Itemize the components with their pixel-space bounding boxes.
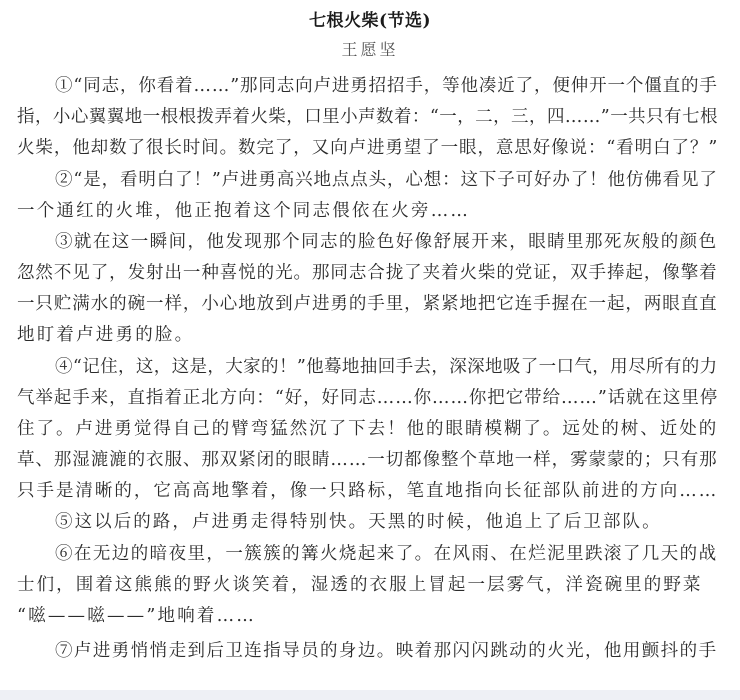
text-line: 只手是清晰的，它高高地擎着，像一只路标，笔直地指向长征部队前进的方向…… — [17, 480, 722, 502]
text-line: ⑦卢进勇悄悄走到后卫连指导员的身边。映着那闪闪跳动的火光，他用颤抖的手 — [55, 640, 722, 662]
bottom-edge-strip — [0, 690, 740, 700]
text-line: 火柴，他却数了很长时间。数完了，又向卢进勇望了一眼，意思好像说：“看明白了？” — [17, 137, 722, 159]
text-line: 指，小心翼翼地一根根拨弄着火柴，口里小声数着：“一，二，三，四……”一共只有七根 — [17, 106, 722, 128]
text-line: “嗞——嗞——”地响着…… — [17, 605, 722, 627]
text-line: ①“同志，你看着……”那同志向卢进勇招招手，等他凑近了，便伸开一个僵直的手 — [55, 75, 722, 97]
text-line: 住了。卢进勇觉得自己的臂弯猛然沉了下去！他的眼睛模糊了。远处的树、近处的 — [17, 418, 722, 440]
text-line: 气举起手来，直指着正北方向：“好，好同志……你……你把它带给……”话就在这里停 — [17, 387, 722, 409]
text-line: 一个通红的火堆，他正抱着这个同志偎依在火旁…… — [17, 200, 722, 222]
text-line: 士们，围着这熊熊的野火谈笑着，湿透的衣服上冒起一层雾气，洋瓷碗里的野菜 — [17, 574, 722, 596]
text-line: ④“记住，这，这是，大家的！”他蓦地抽回手去，深深地吸了一口气，用尽所有的力 — [55, 356, 722, 378]
document-title: 七根火柴(节选) — [0, 6, 740, 31]
text-line: ⑥在无边的暗夜里，一簇簇的篝火烧起来了。在风雨、在烂泥里跌滚了几天的战 — [55, 543, 722, 565]
text-line: ②“是，看明白了！”卢进勇高兴地点点头，心想：这下子可好办了！他仿佛看见了 — [55, 169, 722, 191]
text-line: 忽然不见了，发射出一种喜悦的光。那同志合拢了夹着火柴的党证，双手捧起，像擎着 — [17, 262, 722, 284]
text-line: 一只贮满水的碗一样，小心地放到卢进勇的手里，紧紧地把它连手握在一起，两眼直直 — [17, 293, 722, 315]
text-line: 地盯着卢进勇的脸。 — [17, 324, 722, 346]
document-author: 王愿坚 — [0, 37, 740, 60]
text-line: 草、那湿漉漉的衣服、那双紧闭的眼睛……一切都像整个草地一样，雾蒙蒙的；只有那 — [17, 449, 722, 471]
text-line: ⑤这以后的路，卢进勇走得特别快。天黑的时候，他追上了后卫部队。 — [55, 511, 722, 533]
document-page: 七根火柴(节选) 王愿坚 ①“同志，你看着……”那同志向卢进勇招招手，等他凑近了… — [0, 0, 740, 690]
text-line: ③就在这一瞬间，他发现那个同志的脸色好像舒展开来，眼睛里那死灰般的颜色 — [55, 231, 722, 253]
